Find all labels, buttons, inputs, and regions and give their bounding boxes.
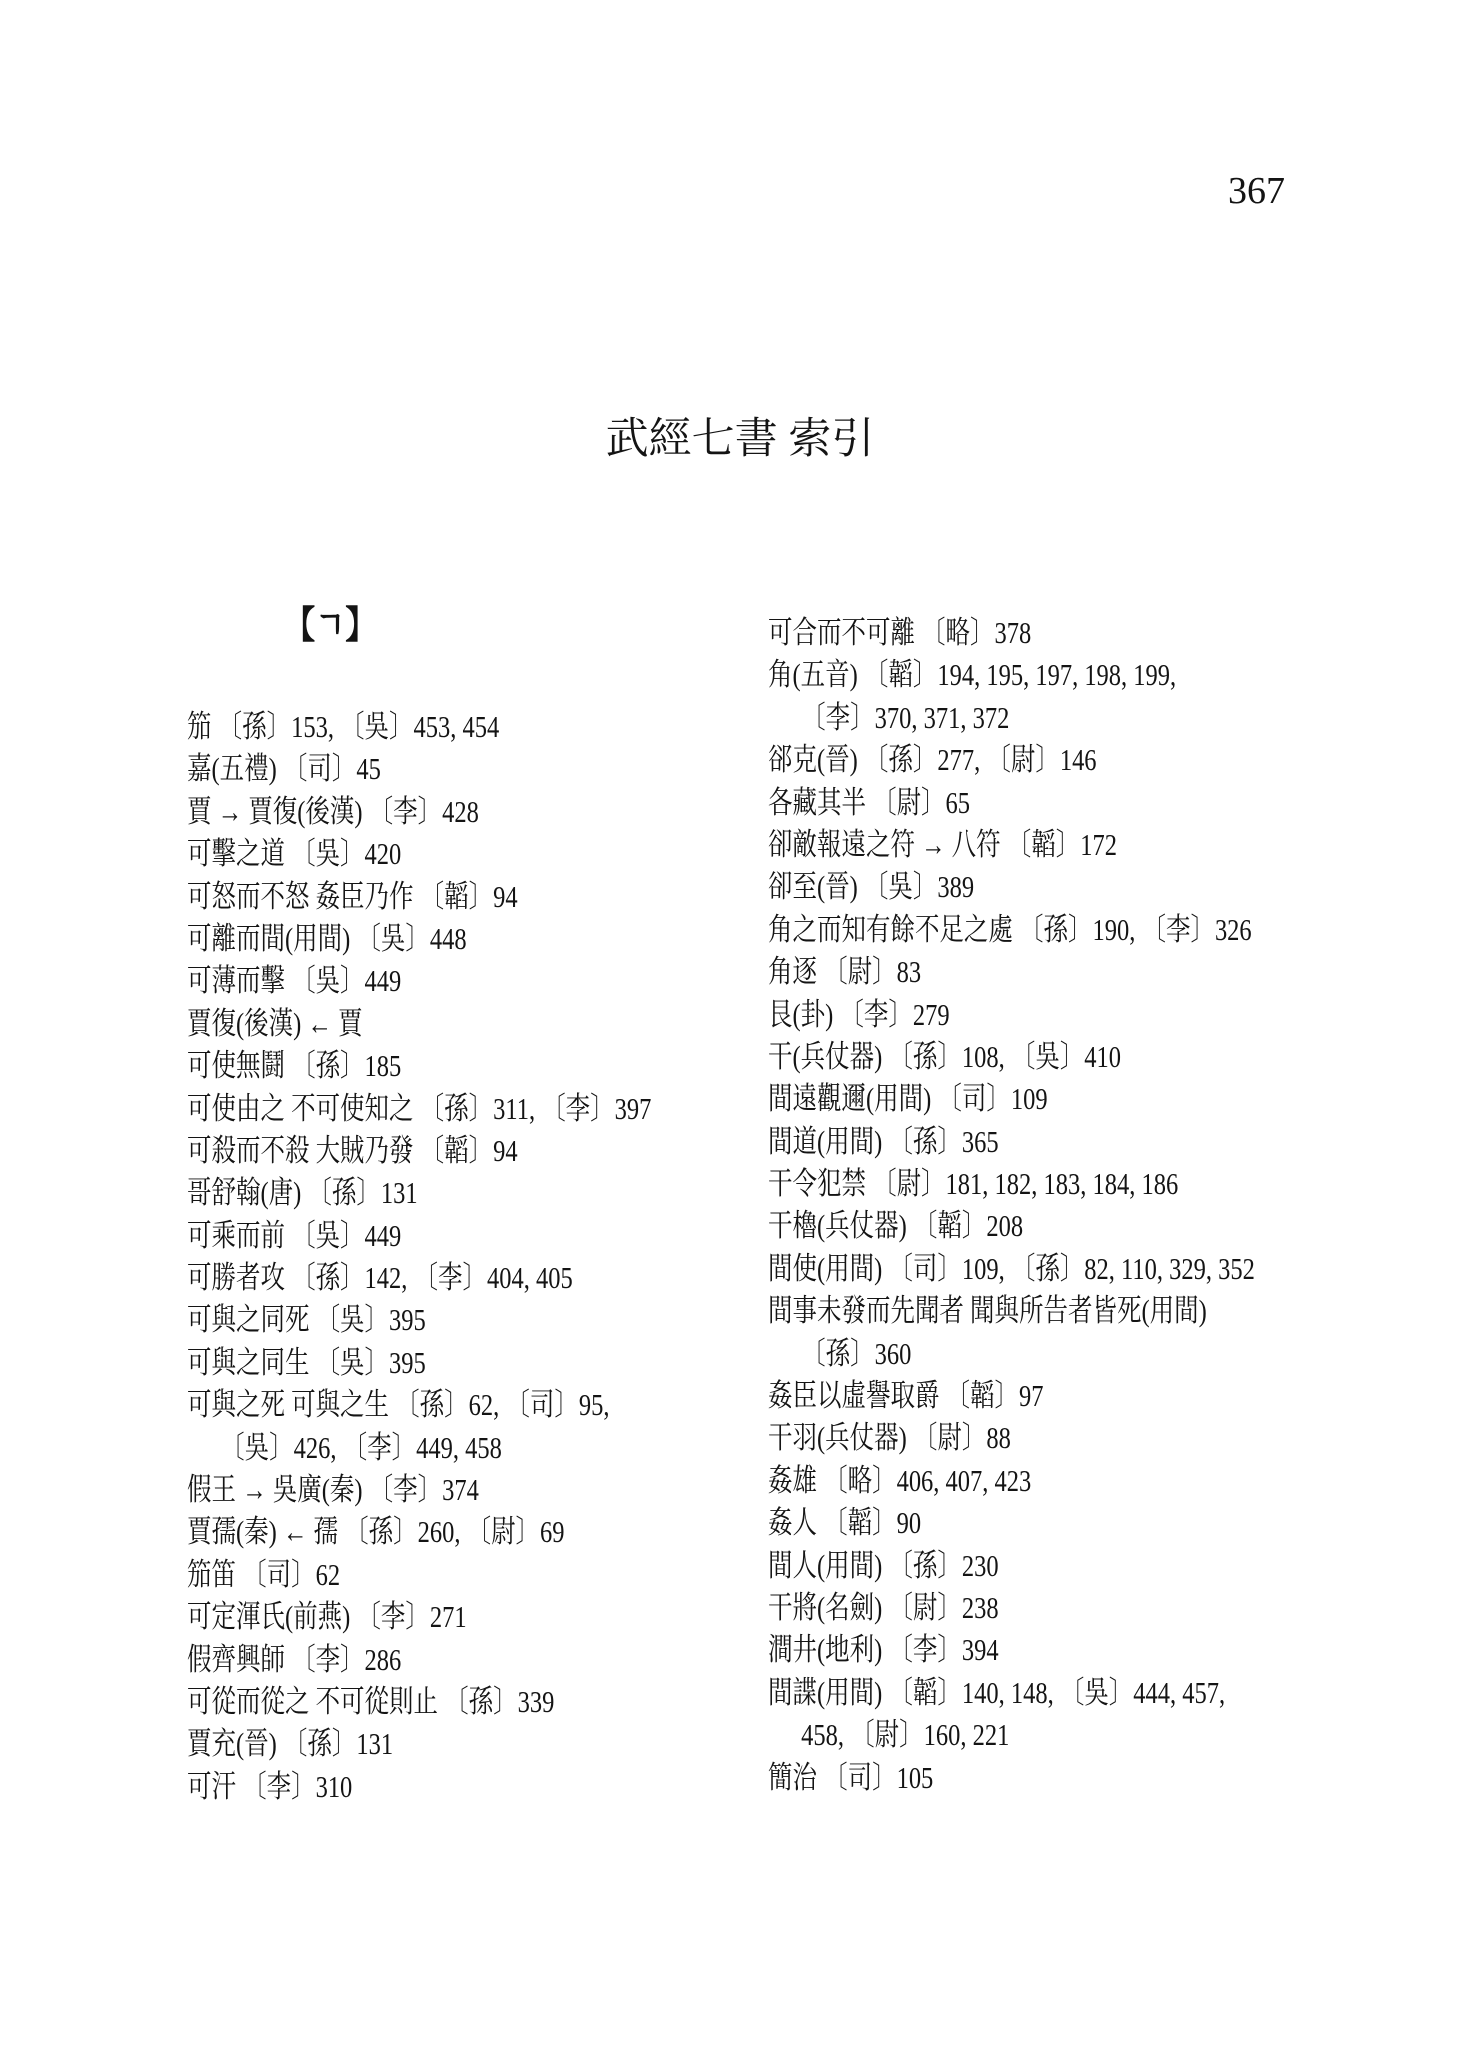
page-number: 367	[1228, 172, 1285, 210]
index-entry: 角之而知有餘不足之處 〔孫〕190, 〔李〕326	[768, 909, 1274, 951]
index-entry: 可勝者攻 〔孫〕142, 〔李〕404, 405	[187, 1257, 661, 1299]
index-entry: 賈 → 賈復(後漢) 〔李〕428	[187, 791, 661, 833]
index-entry: 簡治 〔司〕105	[768, 1757, 1274, 1799]
index-entry: 間遠觀邇(用間) 〔司〕109	[768, 1078, 1274, 1120]
index-entry: 各藏其半 〔尉〕65	[768, 782, 1274, 824]
index-entry: 笳 〔孫〕153, 〔吳〕453, 454	[187, 706, 661, 748]
index-entry: 間道(用間) 〔孫〕365	[768, 1121, 1274, 1163]
index-entry: 哥舒翰(唐) 〔孫〕131	[187, 1172, 661, 1214]
index-entry: 姦雄 〔略〕406, 407, 423	[768, 1460, 1274, 1502]
index-entry: 間事未發而先聞者 聞與所告者皆死(用間)	[768, 1290, 1274, 1332]
index-entry: 間人(用間) 〔孫〕230	[768, 1545, 1274, 1587]
index-entry: 可與之同死 〔吳〕395	[187, 1299, 661, 1341]
index-entry: 姦臣以虛譽取爵 〔韜〕97	[768, 1375, 1274, 1417]
index-entry: 可殺而不殺 大賊乃發 〔韜〕94	[187, 1130, 661, 1172]
index-entry: 〔孫〕360	[768, 1333, 1274, 1375]
index-entry: 郤克(晉) 〔孫〕277, 〔尉〕146	[768, 739, 1274, 781]
index-entry: 干將(名劍) 〔尉〕238	[768, 1587, 1274, 1629]
index-entry: 可使無鬪 〔孫〕185	[187, 1045, 661, 1087]
index-column-right: 可合而不可離 〔略〕378角(五音) 〔韜〕194, 195, 197, 198…	[768, 612, 1408, 1799]
index-entry: 可定渾氏(前燕) 〔李〕271	[187, 1596, 661, 1638]
index-entry: 〔吳〕426, 〔李〕449, 458	[187, 1427, 661, 1469]
index-entry: 可合而不可離 〔略〕378	[768, 612, 1274, 654]
page-title: 武經七書 索引	[0, 416, 1480, 463]
index-entry: 可怒而不怒 姦臣乃作 〔韜〕94	[187, 876, 661, 918]
index-entry: 澗井(地利) 〔李〕394	[768, 1629, 1274, 1671]
index-entry: 假王 → 吳廣(秦) 〔李〕374	[187, 1469, 661, 1511]
index-entry: 458, 〔尉〕160, 221	[768, 1714, 1274, 1756]
index-entry: 嘉(五禮) 〔司〕45	[187, 748, 661, 790]
section-header-giyeok: 【ㄱ】	[284, 606, 376, 648]
index-entry: 可使由之 不可使知之 〔孫〕311, 〔李〕397	[187, 1088, 661, 1130]
scanned-index-page: 367 武經七書 索引 【ㄱ】 笳 〔孫〕153, 〔吳〕453, 454嘉(五…	[0, 0, 1480, 2048]
index-entry: 可離而間(用間) 〔吳〕448	[187, 918, 661, 960]
index-entry: 干羽(兵仗器) 〔尉〕88	[768, 1417, 1274, 1459]
index-entry: 角(五音) 〔韜〕194, 195, 197, 198, 199,	[768, 654, 1274, 696]
index-entry: 賈復(後漢) ← 賈	[187, 1003, 661, 1045]
index-entry: 角逐 〔尉〕83	[768, 951, 1274, 993]
index-entry: 可薄而擊 〔吳〕449	[187, 960, 661, 1002]
index-entry: 間諜(用間) 〔韜〕140, 148, 〔吳〕444, 457,	[768, 1672, 1274, 1714]
index-entry: 賈充(晉) 〔孫〕131	[187, 1723, 661, 1765]
index-entry: 〔李〕370, 371, 372	[768, 697, 1274, 739]
index-column-left: 笳 〔孫〕153, 〔吳〕453, 454嘉(五禮) 〔司〕45賈 → 賈復(後…	[187, 706, 787, 1808]
index-entry: 卻敵報遠之符 → 八符 〔韜〕172	[768, 824, 1274, 866]
index-entry: 可從而從之 不可從則止 〔孫〕339	[187, 1681, 661, 1723]
index-entry: 卻至(晉) 〔吳〕389	[768, 866, 1274, 908]
index-entry: 間使(用間) 〔司〕109, 〔孫〕82, 110, 329, 352	[768, 1248, 1274, 1290]
index-entry: 可與之死 可與之生 〔孫〕62, 〔司〕95,	[187, 1384, 661, 1426]
index-entry: 干櫓(兵仗器) 〔韜〕208	[768, 1205, 1274, 1247]
index-entry: 艮(卦) 〔李〕279	[768, 994, 1274, 1036]
index-entry: 假齊興師 〔李〕286	[187, 1639, 661, 1681]
index-entry: 干令犯禁 〔尉〕181, 182, 183, 184, 186	[768, 1163, 1274, 1205]
index-entry: 可汗 〔李〕310	[187, 1766, 661, 1808]
index-entry: 可乘而前 〔吳〕449	[187, 1215, 661, 1257]
index-entry: 可擊之道 〔吳〕420	[187, 833, 661, 875]
index-entry: 賈孺(秦) ← 孺 〔孫〕260, 〔尉〕69	[187, 1511, 661, 1553]
index-entry: 可與之同生 〔吳〕395	[187, 1342, 661, 1384]
index-entry: 姦人 〔韜〕90	[768, 1502, 1274, 1544]
index-entry: 笳笛 〔司〕62	[187, 1554, 661, 1596]
index-entry: 干(兵仗器) 〔孫〕108, 〔吳〕410	[768, 1036, 1274, 1078]
